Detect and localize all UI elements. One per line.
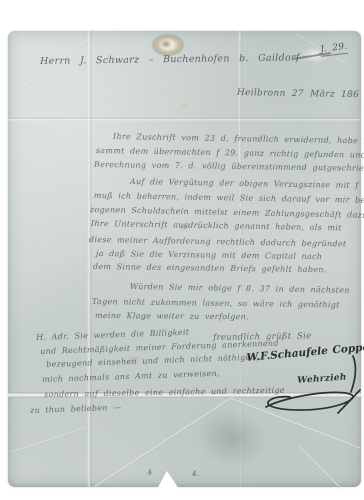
pen-mark: 4 xyxy=(147,469,153,477)
pen-mark: 4. xyxy=(192,470,200,478)
letter-photograph: Herrn J. Schwarz – Buchenhofen b. Gaildo… xyxy=(0,0,364,500)
signature-flourish xyxy=(250,350,364,416)
handwriting-line: meine Klage weiter zu verfolgen. xyxy=(95,312,249,321)
